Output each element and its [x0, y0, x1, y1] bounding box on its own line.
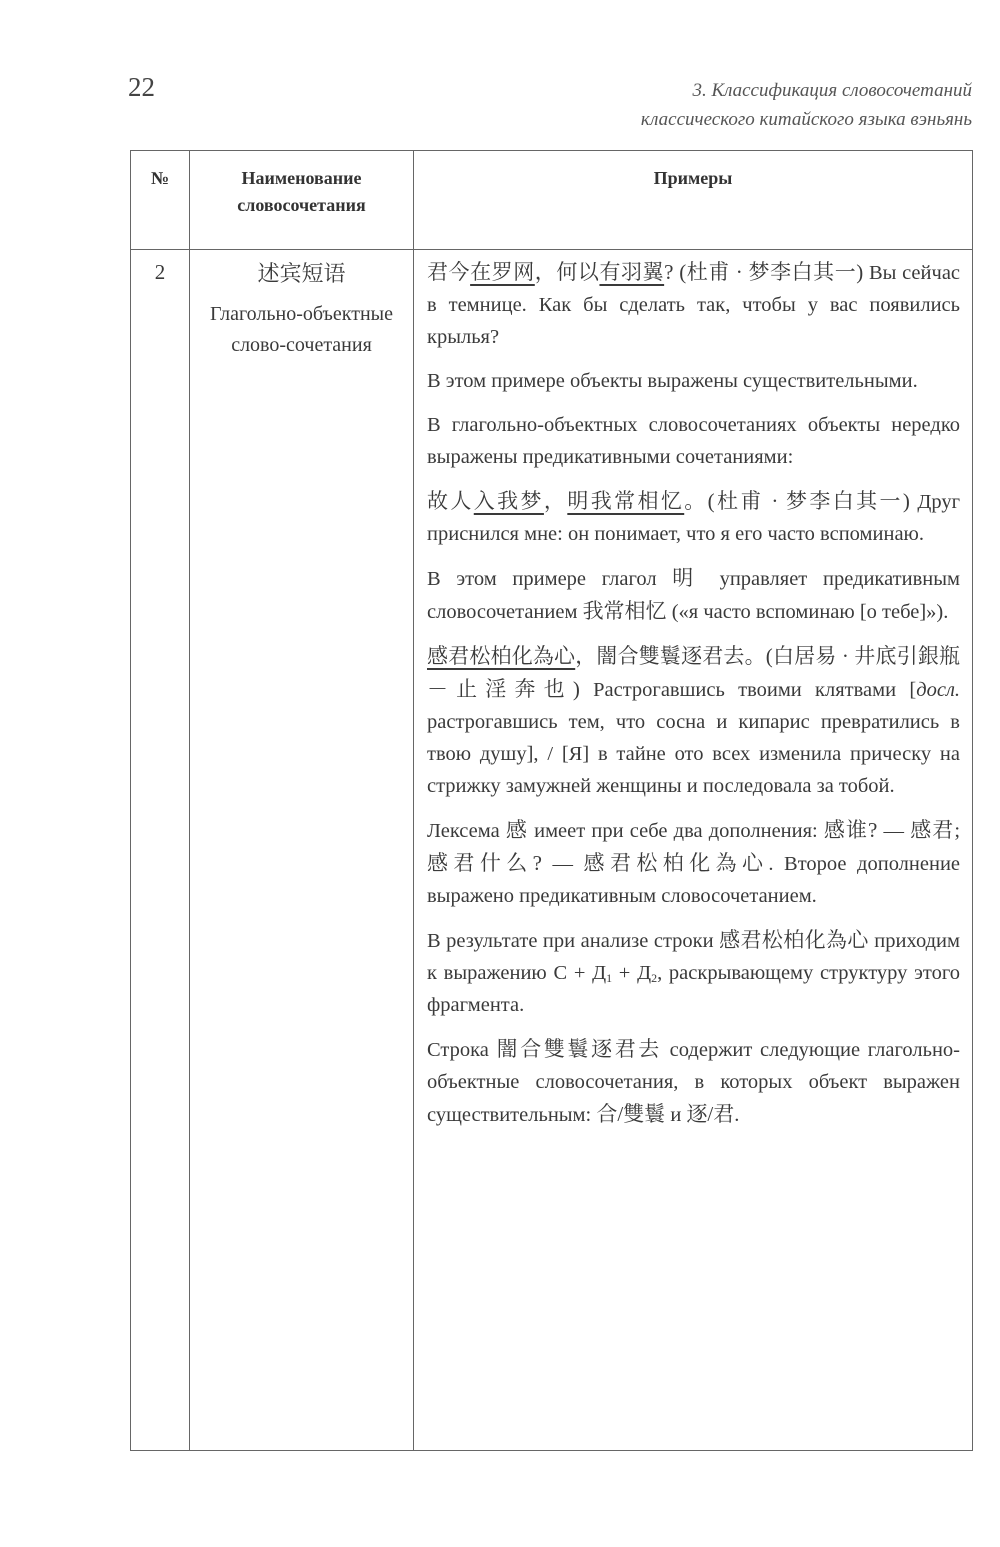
row-examples: 君今在罗网，何以有羽翼? (杜甫 · 梦李白其一) Вы сейчас в те…	[414, 250, 973, 1451]
running-head-line-2: классического китайского языка вэньянь	[641, 105, 972, 134]
text: В результате при анализе строки	[427, 930, 719, 952]
name-russian: Глагольно-объектные слово-сочетания	[210, 303, 393, 356]
example-1-source: ? (杜甫 · 梦李白其一)	[664, 260, 863, 284]
chinese-term: 逐/君	[686, 1102, 734, 1126]
chinese-term: 感君松柏化為心	[584, 851, 769, 875]
chinese-term: 感君	[910, 818, 954, 842]
comment-5: В результате при анализе строки 感君松柏化為心 …	[427, 924, 960, 1021]
text: Строка	[427, 1039, 497, 1061]
row-number: 2	[131, 250, 190, 1451]
table-header-row: № Наименование словосочетания Примеры	[131, 151, 973, 250]
text: —	[542, 853, 584, 875]
literal-abbrev: досл.	[916, 679, 960, 701]
example-3-underlined: 感君松柏化為心	[427, 644, 575, 668]
page-number: 22	[128, 72, 155, 103]
header-name: Наименование словосочетания	[190, 151, 414, 250]
example-1-chinese: 君今	[427, 260, 470, 284]
comment-1: В этом примере объекты выражены существи…	[427, 365, 960, 397]
example-1-underlined-2: 有羽翼	[599, 260, 664, 284]
example-1-chinese: ，何以	[535, 260, 600, 284]
comment-3: В этом примере глагол 明 управляет предик…	[427, 562, 960, 628]
text: («я часто вспоминаю [о тебе]»).	[667, 601, 949, 623]
name-chinese: 述宾短语	[202, 258, 401, 289]
text: ;	[954, 820, 960, 842]
chinese-term: 感谁?	[824, 818, 877, 842]
table-row: 2 述宾短语 Глагольно-объектные слово-сочетан…	[131, 250, 973, 1451]
chinese-term: 闇合雙鬟逐君去	[497, 1037, 662, 1061]
classification-table: № Наименование словосочетания Примеры 2 …	[130, 150, 973, 1451]
text: Лексема	[427, 820, 506, 842]
example-2-chinese: 故人	[427, 489, 474, 513]
example-2-chinese: ，	[544, 489, 567, 513]
example-2-underlined-2: 明我常相忆	[567, 489, 684, 513]
example-1: 君今在罗网，何以有羽翼? (杜甫 · 梦李白其一) Вы сейчас в те…	[427, 256, 960, 353]
example-3-translation: Растрогавшись твоими клятвами [	[580, 679, 916, 701]
text: —	[877, 820, 910, 842]
example-2-source: 。(杜甫 · 梦李白其一)	[684, 489, 910, 513]
chinese-term: 感	[506, 818, 528, 842]
header-examples: Примеры	[414, 151, 973, 250]
running-head: 3. Классификация словосочетаний классиче…	[641, 76, 972, 134]
chinese-term: 明	[672, 566, 704, 590]
text: .	[734, 1104, 739, 1126]
example-3: 感君松柏化為心，闇合雙鬟逐君去。(白居易 · 井底引銀瓶－止淫奔也) Растр…	[427, 640, 960, 802]
comment-2: В глагольно-объектных словосочетаниях об…	[427, 409, 960, 473]
text: В этом примере глагол	[427, 568, 672, 590]
example-3-translation: растрогавшись тем, что сосна и кипарис п…	[427, 711, 960, 797]
header-number: №	[131, 151, 190, 250]
comment-6: Строка 闇合雙鬟逐君去 содержит следующие глагол…	[427, 1033, 960, 1131]
comment-4: Лексема 感 имеет при себе два дополнения:…	[427, 814, 960, 912]
text: и	[665, 1104, 686, 1126]
text: + Д	[612, 962, 651, 984]
running-head-line-1: 3. Классификация словосочетаний	[641, 76, 972, 105]
chinese-term: 感君什么?	[427, 851, 542, 875]
example-1-underlined-1: 在罗网	[470, 260, 535, 284]
example-2: 故人入我梦，明我常相忆。(杜甫 · 梦李白其一) Друг приснился …	[427, 485, 960, 550]
chinese-term: 感君松柏化為心	[719, 928, 869, 952]
example-2-underlined-1: 入我梦	[474, 489, 544, 513]
row-name: 述宾短语 Глагольно-объектные слово-сочетания	[190, 250, 414, 1451]
chinese-term: 合/雙鬟	[596, 1102, 665, 1126]
chinese-term: 我常相忆	[583, 599, 667, 623]
text: имеет при себе два дополнения:	[528, 820, 824, 842]
